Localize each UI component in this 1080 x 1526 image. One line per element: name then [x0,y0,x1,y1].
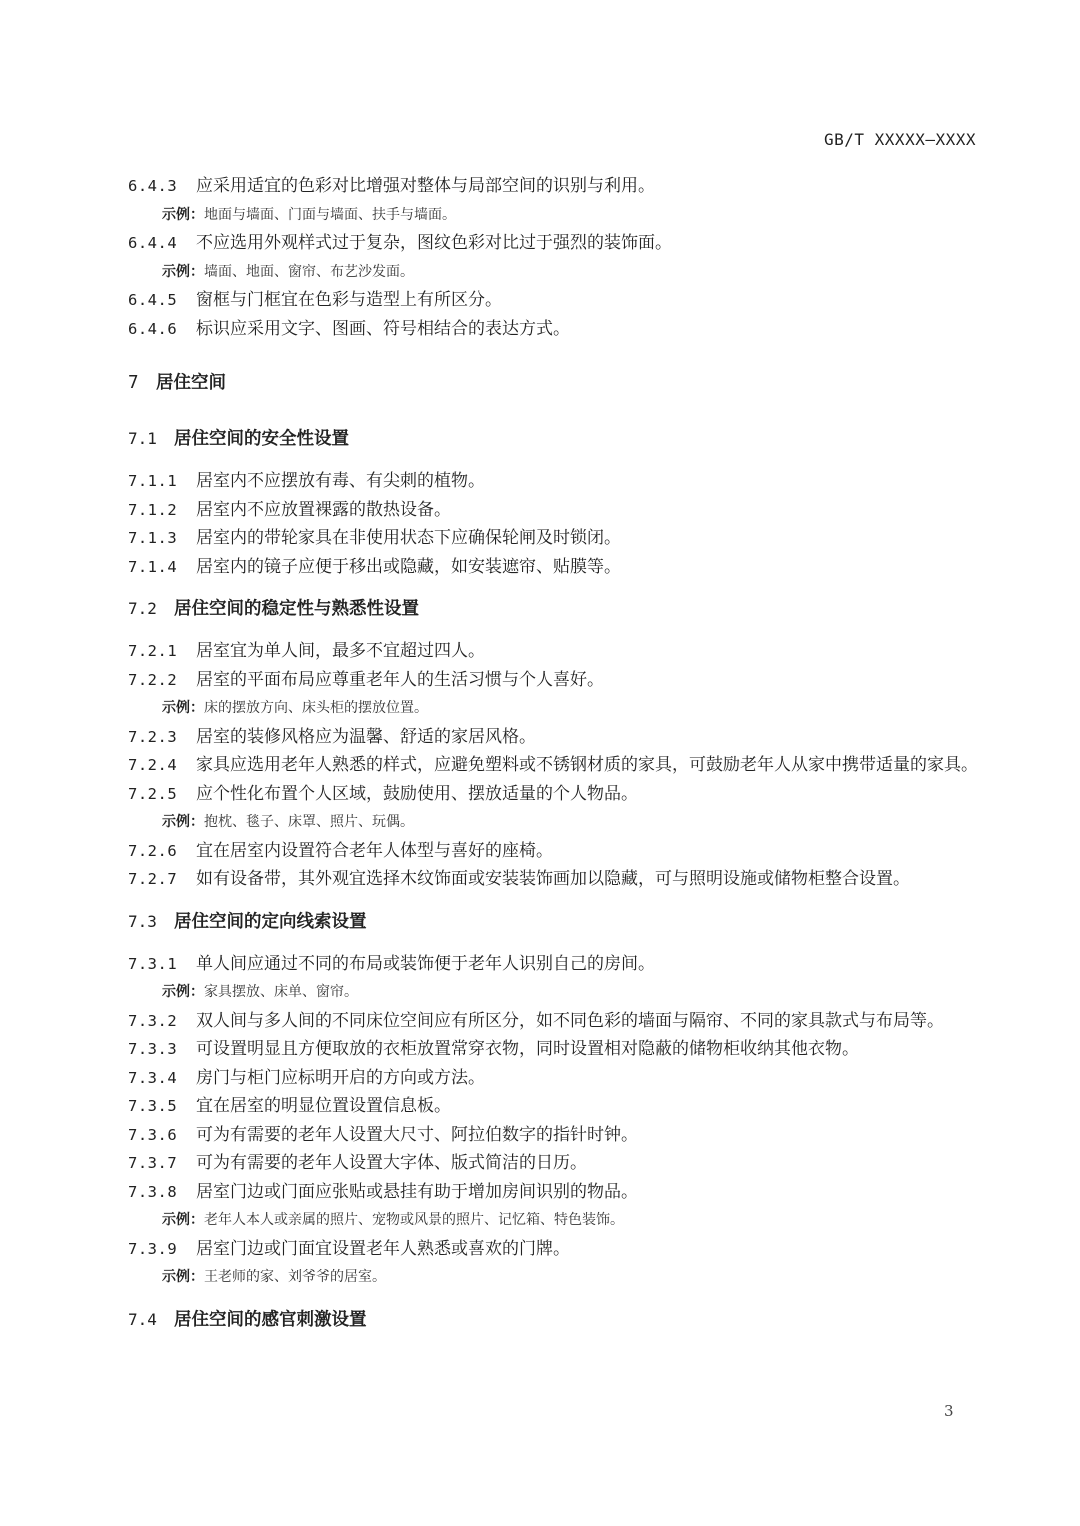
example-text: 床的摆放方向、床头柜的摆放位置。 [204,700,428,716]
clause-text: 居室宜为单人间，最多不宜超过四人。 [196,641,485,661]
section-title: 居住空间的感官刺激设置 [174,1310,367,1330]
example-note: 示例：老年人本人或亲属的照片、宠物或风景的照片、记忆箱、特色装饰。 [128,1206,988,1235]
section-number: 7.2 [128,595,174,623]
clause-text: 居室的平面布局应尊重老年人的生活习惯与个人喜好。 [196,670,604,690]
example-text: 地面与墙面、门面与墙面、扶手与墙面。 [204,207,456,223]
clause-number: 7.1.2 [128,496,196,525]
clause-item: 7.2.3居室的装修风格应为温馨、舒适的家居风格。 [128,723,988,752]
clause-item: 7.3.9居室门边或门面宜设置老年人熟悉或喜欢的门牌。 [128,1235,988,1264]
example-text: 王老师的家、刘爷爷的居室。 [204,1269,386,1285]
clause-number: 7.3.1 [128,950,196,979]
clause-number: 7.3.7 [128,1149,196,1178]
clause-number: 7.3.9 [128,1235,196,1264]
clause-text: 居室内的带轮家具在非使用状态下应确保轮闸及时锁闭。 [196,528,621,548]
example-text: 老年人本人或亲属的照片、宠物或风景的照片、记忆箱、特色装饰。 [204,1212,624,1228]
clause-number: 7.2.3 [128,723,196,752]
clause-number: 7.2.5 [128,780,196,809]
clause-item: 7.2.4家具应选用老年人熟悉的样式，应避免塑料或不锈钢材质的家具，可鼓励老年人… [128,751,988,780]
section-heading: 7.4居住空间的感官刺激设置 [128,1306,988,1334]
example-text: 墙面、地面、窗帘、布艺沙发面。 [204,264,414,280]
clause-text: 标识应采用文字、图画、符号相结合的表达方式。 [196,319,570,339]
page-number: 3 [944,1402,954,1420]
clause-number: 7.2.6 [128,837,196,866]
clause-item: 7.3.7可为有需要的老年人设置大字体、版式简洁的日历。 [128,1149,988,1178]
clause-text: 居室内不应摆放有毒、有尖刺的植物。 [196,471,485,491]
clause-number: 7.2.2 [128,666,196,695]
example-label: 示例： [162,700,204,716]
clause-number: 7.1.4 [128,553,196,582]
clause-number: 7.3.3 [128,1035,196,1064]
section-title: 居住空间的稳定性与熟悉性设置 [174,599,419,619]
clause-text: 双人间与多人间的不同床位空间应有所区分，如不同色彩的墙面与隔帘、不同的家具款式与… [196,1011,944,1031]
clause-item: 7.1.4居室内的镜子应便于移出或隐藏，如安装遮帘、贴膜等。 [128,553,988,582]
section-number: 7.3 [128,908,174,936]
clause-item: 7.2.2居室的平面布局应尊重老年人的生活习惯与个人喜好。 [128,666,988,695]
clause-item: 7.1.3居室内的带轮家具在非使用状态下应确保轮闸及时锁闭。 [128,524,988,553]
clause-item: 7.2.5应个性化布置个人区域，鼓励使用、摆放适量的个人物品。 [128,780,988,809]
clause-number: 6.4.4 [128,229,196,258]
example-label: 示例： [162,984,204,1000]
section-title: 居住空间的定向线索设置 [174,912,367,932]
clause-text: 应个性化布置个人区域，鼓励使用、摆放适量的个人物品。 [196,784,638,804]
clause-item: 7.3.8居室门边或门面应张贴或悬挂有助于增加房间识别的物品。 [128,1178,988,1207]
clause-item: 7.1.2居室内不应放置裸露的散热设备。 [128,496,988,525]
clause-number: 7.2.7 [128,865,196,894]
clause-number: 7.2.4 [128,751,196,780]
example-note: 示例：家具摆放、床单、窗帘。 [128,978,988,1007]
section-title: 居住空间的安全性设置 [174,429,349,449]
document-body: 6.4.3应采用适宜的色彩对比增强对整体与局部空间的识别与利用。示例：地面与墙面… [128,172,988,1348]
clause-text: 如有设备带，其外观宜选择木纹饰面或安装装饰画加以隐藏，可与照明设施或储物柜整合设… [196,869,910,889]
clause-number: 7.3.4 [128,1064,196,1093]
chapter-heading: 7居住空间 [128,369,988,397]
clause-item: 7.3.3可设置明显且方便取放的衣柜放置常穿衣物，同时设置相对隐蔽的储物柜收纳其… [128,1035,988,1064]
clause-text: 单人间应通过不同的布局或装饰便于老年人识别自己的房间。 [196,954,655,974]
clause-number: 6.4.6 [128,315,196,344]
clause-text: 居室门边或门面应张贴或悬挂有助于增加房间识别的物品。 [196,1182,638,1202]
clause-text: 窗框与门框宜在色彩与造型上有所区分。 [196,290,502,310]
example-label: 示例： [162,207,204,223]
clause-item: 7.1.1居室内不应摆放有毒、有尖刺的植物。 [128,467,988,496]
clause-number: 6.4.5 [128,286,196,315]
example-label: 示例： [162,1212,204,1228]
clause-item: 7.3.5宜在居室的明显位置设置信息板。 [128,1092,988,1121]
clause-text: 居室的装修风格应为温馨、舒适的家居风格。 [196,727,536,747]
clause-text: 宜在居室内设置符合老年人体型与喜好的座椅。 [196,841,553,861]
clause-text: 宜在居室的明显位置设置信息板。 [196,1096,451,1116]
section-heading: 7.1居住空间的安全性设置 [128,425,988,453]
clause-item: 7.2.1居室宜为单人间，最多不宜超过四人。 [128,637,988,666]
section-heading: 7.2居住空间的稳定性与熟悉性设置 [128,595,988,623]
clause-text: 可为有需要的老年人设置大字体、版式简洁的日历。 [196,1153,587,1173]
standard-code-header: GB/T XXXXX—XXXX [824,130,976,149]
clause-item: 7.3.2双人间与多人间的不同床位空间应有所区分，如不同色彩的墙面与隔帘、不同的… [128,1007,988,1036]
example-note: 示例：床的摆放方向、床头柜的摆放位置。 [128,694,988,723]
example-label: 示例： [162,1269,204,1285]
clause-number: 7.3.6 [128,1121,196,1150]
example-note: 示例：王老师的家、刘爷爷的居室。 [128,1263,988,1292]
clause-number: 7.3.5 [128,1092,196,1121]
example-label: 示例： [162,264,204,280]
clause-item: 7.3.1单人间应通过不同的布局或装饰便于老年人识别自己的房间。 [128,950,988,979]
section-heading: 7.3居住空间的定向线索设置 [128,908,988,936]
clause-text: 居室内不应放置裸露的散热设备。 [196,500,451,520]
clause-text: 可为有需要的老年人设置大尺寸、阿拉伯数字的指针时钟。 [196,1125,638,1145]
chapter-title: 居住空间 [156,373,226,393]
clause-item: 6.4.4不应选用外观样式过于复杂，图纹色彩对比过于强烈的装饰面。 [128,229,988,258]
example-text: 抱枕、毯子、床罩、照片、玩偶。 [204,814,414,830]
clause-number: 7.1.3 [128,524,196,553]
clause-item: 6.4.3应采用适宜的色彩对比增强对整体与局部空间的识别与利用。 [128,172,988,201]
clause-item: 7.3.6可为有需要的老年人设置大尺寸、阿拉伯数字的指针时钟。 [128,1121,988,1150]
clause-text: 可设置明显且方便取放的衣柜放置常穿衣物，同时设置相对隐蔽的储物柜收纳其他衣物。 [196,1039,859,1059]
clause-text: 应采用适宜的色彩对比增强对整体与局部空间的识别与利用。 [196,176,655,196]
clause-text: 居室门边或门面宜设置老年人熟悉或喜欢的门牌。 [196,1239,570,1259]
clause-text: 家具应选用老年人熟悉的样式，应避免塑料或不锈钢材质的家具，可鼓励老年人从家中携带… [196,755,978,775]
example-note: 示例：抱枕、毯子、床罩、照片、玩偶。 [128,808,988,837]
section-number: 7.4 [128,1306,174,1334]
clause-number: 7.1.1 [128,467,196,496]
clause-text: 不应选用外观样式过于复杂，图纹色彩对比过于强烈的装饰面。 [196,233,672,253]
clause-text: 房门与柜门应标明开启的方向或方法。 [196,1068,485,1088]
chapter-number: 7 [128,369,156,397]
clause-item: 7.2.6宜在居室内设置符合老年人体型与喜好的座椅。 [128,837,988,866]
clause-item: 6.4.5窗框与门框宜在色彩与造型上有所区分。 [128,286,988,315]
example-text: 家具摆放、床单、窗帘。 [204,984,358,1000]
clause-number: 7.3.8 [128,1178,196,1207]
example-note: 示例：地面与墙面、门面与墙面、扶手与墙面。 [128,201,988,230]
clause-item: 7.2.7如有设备带，其外观宜选择木纹饰面或安装装饰画加以隐藏，可与照明设施或储… [128,865,988,894]
clause-item: 6.4.6标识应采用文字、图画、符号相结合的表达方式。 [128,315,988,344]
example-label: 示例： [162,814,204,830]
clause-item: 7.3.4房门与柜门应标明开启的方向或方法。 [128,1064,988,1093]
example-note: 示例：墙面、地面、窗帘、布艺沙发面。 [128,258,988,287]
clause-number: 7.3.2 [128,1007,196,1036]
section-number: 7.1 [128,425,174,453]
clause-text: 居室内的镜子应便于移出或隐藏，如安装遮帘、贴膜等。 [196,557,621,577]
clause-number: 7.2.1 [128,637,196,666]
clause-number: 6.4.3 [128,172,196,201]
